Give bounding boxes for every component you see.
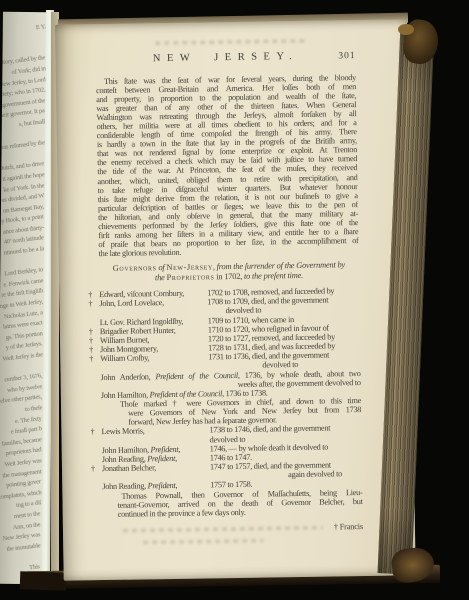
governor-name-segment: John Reading,: [102, 482, 147, 492]
left-page-text-fragment: inge in Weſt Jerſey,: [0, 298, 46, 309]
left-page-text-fragment-text: e ſmall part b: [10, 425, 42, 435]
left-page-text-fragment: [2, 128, 48, 139]
left-page-text-fragment: of York; did in: [2, 65, 48, 76]
left-page-text-fragment-text: This: [29, 563, 40, 571]
left-page-text-fragment: the government of the: [2, 97, 48, 108]
left-page-text-fragment: elve other parties,: [0, 393, 45, 404]
left-page-text-fragment-text: the immutable: [6, 542, 41, 553]
left-page-text-fragment: [3, 44, 49, 55]
governor-term-cell: 1738 to 1746, died, and the governmentde…: [209, 423, 361, 444]
left-page-text-fragment: e. Fenwick came: [0, 277, 46, 288]
governor-name-segment: Preſident: [147, 454, 175, 463]
page-title: NEW JERSEY.: [95, 50, 355, 65]
governor-name-segment: Lewis Morris,: [101, 427, 144, 437]
left-page-text-fragment-text: ing to a diſ: [15, 500, 41, 510]
left-page-text-fragment-text: to theſe: [24, 404, 42, 413]
left-page-text-fragment: families, became: [0, 436, 45, 447]
governor-name: William Croſby,: [100, 353, 208, 373]
intro-paragraph: This ſtate was the ſeat of war for ſever…: [96, 73, 359, 258]
left-page-text-fragment-text: pointing gover: [6, 478, 41, 489]
show-through-smudge: [143, 539, 263, 545]
left-page-text-fragment: Dutch, and to drive: [1, 160, 47, 171]
left-page-text-fragment: the management: [0, 467, 44, 478]
left-page-text-fragment: [0, 552, 43, 563]
left-page-text-fragment: in was reſumed by the: [2, 139, 48, 150]
running-head: NEW JERSEY. 301: [95, 50, 355, 67]
heading-segment: Governors: [113, 263, 157, 273]
governor-name: John, Lord Lovelace,: [99, 298, 207, 318]
dagger-mark: †: [88, 290, 99, 299]
left-page-text-fragment: cember 3, 1676,: [0, 372, 45, 383]
left-page-text-fragment: ke of York. In the: [1, 181, 47, 192]
dagger-mark: †: [91, 464, 102, 482]
governor-name-segment: Preſident: [148, 481, 176, 490]
heading-segment: from the ſurrender of the Government by: [217, 260, 345, 271]
left-page-text-fragment: to theſe: [0, 404, 45, 415]
left-page-text-fragment: ntinued to be a ſa: [0, 245, 46, 256]
left-page-text-fragment: Weſt Jerſey is the: [0, 351, 45, 362]
left-page-text-fragment: [0, 255, 46, 266]
left-page-text-fragment: ance about thirty-: [1, 224, 47, 235]
left-page-text-fragment-text: E Y.: [36, 23, 47, 31]
governors-note: Thoſe marked † were Governors in chief, …: [90, 396, 361, 428]
dagger-mark: †: [89, 336, 100, 345]
left-page-text-fragment: who by twelve: [0, 383, 45, 394]
left-page-text-fragment: their governor. It pa: [2, 107, 48, 118]
left-page-text-fragment: d New Jerſey, to Lord: [2, 75, 48, 86]
heading-segment: to the preſent time.: [244, 270, 303, 280]
governors-note: Thomas Pownall, then Governor of Maſſach…: [91, 488, 362, 520]
left-page-text-fragment-text: of York; did in: [11, 65, 46, 76]
governor-term-cell: 1747 to 1757, died, and the governmentag…: [210, 460, 362, 481]
dagger-mark: †: [88, 299, 99, 317]
left-page-text-fragment: New Jerſey was: [0, 531, 44, 542]
left-page-text-fragment: pointing gover: [0, 478, 44, 489]
left-page-text-fragment: it againſt the hope: [1, 171, 47, 182]
governor-name-segment: ,: [175, 454, 177, 463]
left-page-text-fragment: re the firſt Engliſh: [0, 287, 46, 298]
left-page-text-fragment: Ann, on the: [0, 520, 44, 531]
left-page-text-fragment: was divided, and W: [1, 192, 47, 203]
dagger-mark: †: [89, 327, 100, 336]
left-page-text-fragment: ing to a diſ: [0, 499, 44, 510]
worn-top-corner-highlight: [398, 24, 414, 35]
governor-name-segment: John, Lord Lovelace,: [99, 298, 164, 308]
dagger-mark: †: [89, 354, 100, 372]
dagger-mark: [91, 446, 102, 455]
heading-segment: Proprietors: [166, 272, 214, 282]
governor-term-cell: 1708 to 1709, died, and the governmentde…: [207, 295, 359, 316]
governor-name: Lewis Morris,: [101, 426, 209, 446]
page-number: 301: [338, 51, 355, 61]
heading-segment: New-Jersey: [166, 262, 213, 272]
left-page-text-fragment: proprietors had: [0, 446, 44, 457]
left-page-text-fragment-text: who by twelve: [7, 383, 43, 394]
left-page-text-fragment: E Y.: [3, 22, 49, 33]
governor-name-segment: ,: [178, 445, 180, 454]
left-page-text-fragment: [3, 33, 49, 44]
book-photo: E Y.territory, called by theof York; did…: [0, 0, 469, 600]
left-page-text-fragment-text: e. The ſixty: [15, 415, 42, 425]
left-page-text-fragment: [3, 12, 49, 23]
governor-name-segment: Jonathan Belcher,: [102, 463, 156, 473]
governor-name: Jonathan Belcher,: [102, 462, 210, 482]
heading-segment: in 1702,: [214, 271, 244, 280]
dagger-mark: [91, 455, 102, 464]
governor-row-segment: Preſident of the Council: [155, 370, 238, 380]
dagger-mark: [89, 318, 100, 327]
left-page-text-fragment: ment to the: [0, 510, 44, 521]
catchword: † Francis: [103, 522, 363, 535]
governor-name-segment: Preſident: [150, 445, 178, 454]
left-page-text-fragment: 40′ north latitude: [1, 234, 47, 245]
left-page-text-fragment: on Barnegat Bay,: [1, 202, 47, 213]
left-page-text-fragment: ſociety; who in 1702,: [2, 86, 48, 97]
left-page-text-fragment: [1, 149, 47, 160]
book-page: NEW JERSEY. 301 This ſtate was the ſeat …: [55, 19, 416, 580]
heading-segment: of: [156, 263, 166, 272]
left-page-text-fragment: y of the Jerſeys.: [0, 340, 46, 351]
left-page-text-fragment: e. The ſixty: [0, 414, 45, 425]
left-page-text-fragment: e ſmall part b: [0, 425, 45, 436]
governor-term-cell: 1731 to 1736, died, and the governmentde…: [208, 350, 360, 371]
bottom-left-corner: [20, 571, 67, 591]
left-page-text-fragment: laims were exact: [0, 319, 46, 330]
left-page-text-fragment-text: ment to the: [14, 510, 41, 520]
show-through-smudge: [155, 39, 305, 45]
governor-row-segment: , 1736 to 1738.: [222, 388, 268, 398]
left-page-text-fragment: Lord Berkley, to: [0, 266, 46, 277]
dagger-mark: †: [89, 345, 100, 354]
left-page-text-fragment: Nicholas Lutz, a: [0, 308, 46, 319]
page-content: NEW JERSEY. 301 This ſtate was the ſeat …: [95, 50, 363, 535]
left-page-text-fragment: dy Hook, to a point: [1, 213, 47, 224]
left-page-text-fragment: s, but ſmall: [2, 118, 48, 129]
governor-name-segment: William Croſby,: [100, 354, 149, 364]
left-page-text-fragment-text: s, but ſmall: [18, 118, 45, 128]
left-page-text-fragment: Weſt Jerſey was: [0, 457, 44, 468]
governor-row-segment: John Anderſon,: [100, 372, 155, 382]
left-page-text-fragment: territory, called by the: [2, 54, 48, 65]
dagger-mark: †: [90, 428, 101, 446]
left-page-text-fragment: gs. This portion: [0, 330, 46, 341]
left-page-text-fragment: complaints, which: [0, 488, 44, 499]
governors-list: †Edward, viſcount Cornbury,1702 to 1708,…: [88, 286, 363, 519]
left-page-text-fragment: the immutable: [0, 541, 43, 552]
governors-heading: Governors of New-Jersey, from the ſurren…: [99, 260, 359, 283]
heading-segment: the: [155, 273, 167, 282]
left-page-text-fragment-text: Ann, on the: [13, 521, 41, 531]
dagger-mark: [91, 482, 102, 491]
left-page-text-fragment: [0, 361, 45, 372]
governor-name-segment: ,: [175, 481, 177, 490]
